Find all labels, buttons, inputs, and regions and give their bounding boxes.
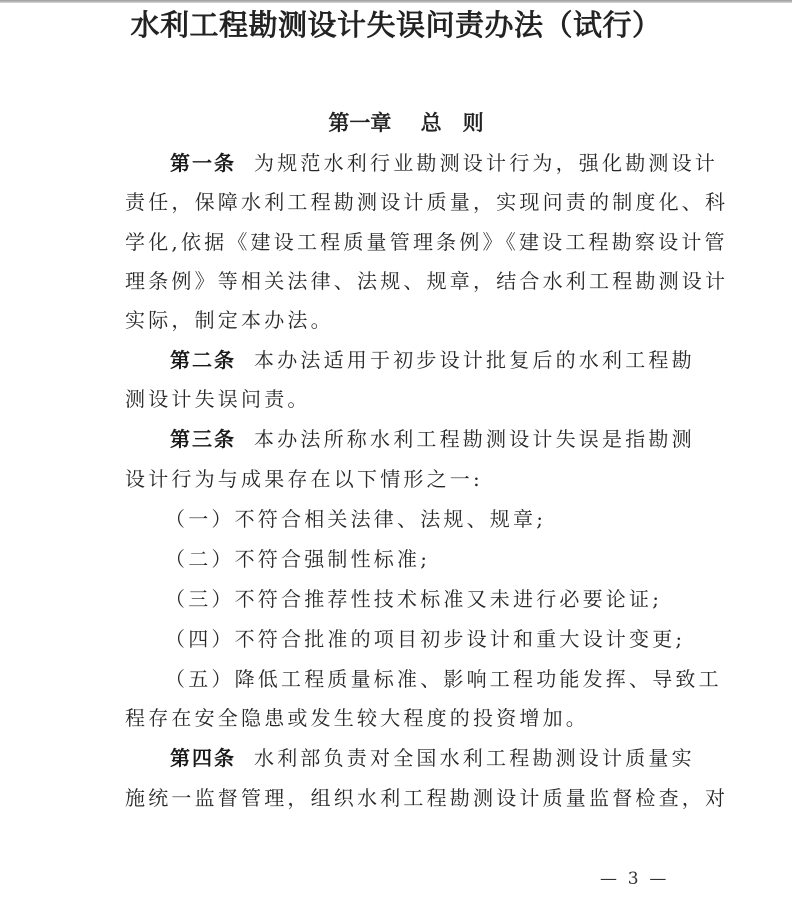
article-3-item-4: （四）不符合批准的项目初步设计和重大设计变更; (165, 624, 682, 654)
article-3-item-5-line-1: （五）降低工程质量标准、影响工程功能发挥、导致工 (165, 664, 687, 694)
article-1-line-5: 实际，制定本办法。 (125, 305, 687, 335)
article-2-line-2: 测设计失误问责。 (125, 384, 687, 414)
article-1-text: 为规范水利行业勘测设计行为，强化勘测设计 (254, 151, 718, 175)
article-1-line-1: 第一条为规范水利行业勘测设计行为，强化勘测设计 (170, 148, 687, 178)
article-4-text: 水利部负责对全国水利工程勘测设计质量实 (254, 746, 695, 770)
article-2-label: 第二条 (170, 348, 236, 372)
article-4-label: 第四条 (170, 746, 236, 770)
article-3-line-2: 设计行为与成果存在以下情形之一: (125, 464, 687, 494)
article-3-text: 本办法所称水利工程勘测设计失误是指勘测 (254, 427, 695, 451)
article-2-text: 本办法适用于初步设计批复后的水利工程勘 (254, 348, 695, 372)
article-1-line-4: 理条例》等相关法律、法规、规章，结合水利工程勘测设计 (125, 266, 687, 296)
page-number: — 3 — (600, 866, 700, 892)
article-3-line-1: 第三条本办法所称水利工程勘测设计失误是指勘测 (170, 424, 687, 454)
page-top-edge (0, 0, 792, 3)
article-3-item-3: （三）不符合推荐性技术标准又未进行必要论证; (165, 584, 682, 614)
article-1-line-2: 责任，保障水利工程勘测设计质量，实现问责的制度化、科 (125, 187, 687, 217)
article-4-line-1: 第四条水利部负责对全国水利工程勘测设计质量实 (170, 743, 687, 773)
article-3-item-2: （二）不符合强制性标准; (165, 544, 682, 574)
chapter-name: 总 则 (421, 111, 484, 135)
article-2-line-1: 第二条本办法适用于初步设计批复后的水利工程勘 (170, 345, 687, 375)
article-1-label: 第一条 (170, 151, 236, 175)
article-4-line-2: 施统一监督管理，组织水利工程勘测设计质量监督检查，对 (125, 783, 687, 813)
article-1-line-3: 学化,依据《建设工程质量管理条例》《建设工程勘察设计管 (125, 227, 687, 257)
article-3-item-5-line-2: 程存在安全隐患或发生较大程度的投资增加。 (125, 703, 687, 733)
document-title: 水利工程勘测设计失误问责办法（试行） (0, 5, 792, 45)
article-3-item-1: （一）不符合相关法律、法规、规章; (165, 504, 682, 534)
article-3-label: 第三条 (170, 427, 236, 451)
chapter-heading: 第一章 总 则 (0, 108, 792, 138)
chapter-number: 第一章 (328, 111, 391, 135)
